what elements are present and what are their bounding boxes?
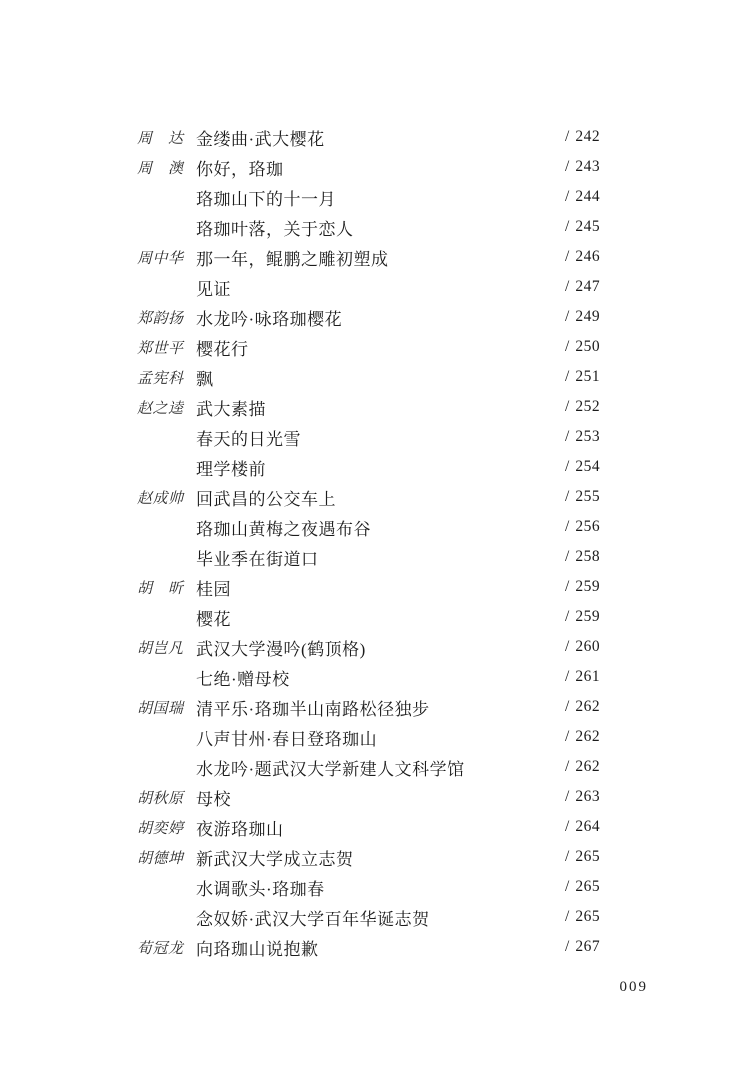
page-number-slash: / — [565, 338, 569, 356]
toc-page-number: /242 — [565, 128, 615, 146]
toc-entry-row: 胡奕婷 夜游珞珈山 /264 — [137, 812, 615, 842]
toc-page-number: /263 — [565, 788, 615, 806]
toc-entry-row: 八声甘州·春日登珞珈山 /262 — [137, 722, 615, 752]
toc-page-number: /259 — [565, 608, 615, 626]
toc-page-number: /258 — [565, 548, 615, 566]
toc-author-name: 孟宪科 — [137, 367, 184, 388]
toc-poem-title: 七绝·赠母校 — [196, 665, 565, 690]
page-number-slash: / — [565, 638, 569, 656]
toc-page-number: /264 — [565, 818, 615, 836]
page-number-value: 247 — [575, 278, 600, 296]
toc-poem-title: 水龙吟·咏珞珈樱花 — [196, 305, 565, 330]
toc-page-number: /265 — [565, 908, 615, 926]
toc-author-name: 胡德坤 — [137, 847, 184, 868]
book-page: 周 达 金缕曲·武大樱花 /242 周 澳 你好，珞珈 /243 珞珈山下的十一… — [0, 0, 750, 1084]
toc-page-number: /260 — [565, 638, 615, 656]
page-number-value: 253 — [575, 428, 600, 446]
page-number-value: 242 — [575, 128, 600, 146]
page-number-slash: / — [565, 398, 569, 416]
toc-author-name: 周 澳 — [137, 157, 184, 178]
toc-entry-row: 七绝·赠母校 /261 — [137, 662, 615, 692]
page-number-slash: / — [565, 578, 569, 596]
toc-entry-row: 念奴娇·武汉大学百年华诞志贺 /265 — [137, 902, 615, 932]
toc-page-number: /245 — [565, 218, 615, 236]
toc-poem-title: 夜游珞珈山 — [196, 815, 565, 840]
toc-author-name: 郑韵扬 — [137, 307, 184, 328]
toc-page-number: /247 — [565, 278, 615, 296]
toc-author-name: 荀冠龙 — [137, 937, 184, 958]
page-number-value: 262 — [575, 698, 600, 716]
page-number-slash: / — [565, 608, 569, 626]
toc-entry-row: 见证 /247 — [137, 272, 615, 302]
page-number-value: 256 — [575, 518, 600, 536]
page-number-value: 249 — [575, 308, 600, 326]
page-number-value: 260 — [575, 638, 600, 656]
toc-author-name: 胡 昕 — [137, 577, 184, 598]
toc-poem-title: 你好，珞珈 — [196, 155, 565, 180]
page-number-value: 258 — [575, 548, 600, 566]
toc-poem-title: 毕业季在街道口 — [196, 545, 565, 570]
toc-entry-row: 郑世平 樱花行 /250 — [137, 332, 615, 362]
toc-entry-row: 赵之逵 武大素描 /252 — [137, 392, 615, 422]
page-number-slash: / — [565, 758, 569, 776]
toc-poem-title: 樱花行 — [196, 335, 565, 360]
page-number-slash: / — [565, 308, 569, 326]
toc-entry-row: 胡德坤 新武汉大学成立志贺 /265 — [137, 842, 615, 872]
toc-entry-row: 周 澳 你好，珞珈 /243 — [137, 152, 615, 182]
toc-author-name: 赵成帅 — [137, 487, 184, 508]
toc-page-number: /262 — [565, 758, 615, 776]
page-number-slash: / — [565, 368, 569, 386]
toc-poem-title: 念奴娇·武汉大学百年华诞志贺 — [196, 905, 565, 930]
toc-page-number: /265 — [565, 848, 615, 866]
toc-author-name: 胡国瑞 — [137, 697, 184, 718]
page-number-value: 250 — [575, 338, 600, 356]
toc-entry-row: 珞珈叶落，关于恋人 /245 — [137, 212, 615, 242]
toc-page-number: /251 — [565, 368, 615, 386]
toc-list: 周 达 金缕曲·武大樱花 /242 周 澳 你好，珞珈 /243 珞珈山下的十一… — [137, 122, 615, 962]
page-number-value: 263 — [575, 788, 600, 806]
page-number-value: 265 — [575, 878, 600, 896]
page-number-value: 259 — [575, 608, 600, 626]
page-number-slash: / — [565, 518, 569, 536]
toc-entry-row: 珞珈山下的十一月 /244 — [137, 182, 615, 212]
page-number-value: 245 — [575, 218, 600, 236]
toc-page-number: /249 — [565, 308, 615, 326]
toc-entry-row: 赵成帅 回武昌的公交车上 /255 — [137, 482, 615, 512]
page-number-slash: / — [565, 788, 569, 806]
page-number-value: 264 — [575, 818, 600, 836]
toc-page-number: /261 — [565, 668, 615, 686]
toc-entry-row: 樱花 /259 — [137, 602, 615, 632]
toc-page-number: /262 — [565, 698, 615, 716]
toc-entry-row: 水调歌头·珞珈春 /265 — [137, 872, 615, 902]
page-number-value: 265 — [575, 908, 600, 926]
page-number-slash: / — [565, 728, 569, 746]
toc-entry-row: 理学楼前 /254 — [137, 452, 615, 482]
toc-entry-row: 郑韵扬 水龙吟·咏珞珈樱花 /249 — [137, 302, 615, 332]
toc-poem-title: 八声甘州·春日登珞珈山 — [196, 725, 565, 750]
toc-author-name: 周 达 — [137, 127, 184, 148]
toc-poem-title: 珞珈山黄梅之夜遇布谷 — [196, 515, 565, 540]
toc-poem-title: 武大素描 — [196, 395, 565, 420]
toc-entry-row: 水龙吟·题武汉大学新建人文科学馆 /262 — [137, 752, 615, 782]
page-number-slash: / — [565, 428, 569, 446]
toc-entry-row: 胡 昕 桂园 /259 — [137, 572, 615, 602]
page-number-slash: / — [565, 668, 569, 686]
toc-page-number: /250 — [565, 338, 615, 356]
toc-entry-row: 周 达 金缕曲·武大樱花 /242 — [137, 122, 615, 152]
page-number-value: 255 — [575, 488, 600, 506]
toc-page-number: /255 — [565, 488, 615, 506]
toc-page-number: /246 — [565, 248, 615, 266]
page-number-slash: / — [565, 908, 569, 926]
toc-poem-title: 水调歌头·珞珈春 — [196, 875, 565, 900]
toc-entry-row: 春天的日光雪 /253 — [137, 422, 615, 452]
toc-entry-row: 周中华 那一年，鲲鹏之雕初塑成 /246 — [137, 242, 615, 272]
page-number-value: 267 — [575, 938, 600, 956]
toc-author-name: 胡岂凡 — [137, 637, 184, 658]
toc-poem-title: 珞珈山下的十一月 — [196, 185, 565, 210]
toc-poem-title: 清平乐·珞珈半山南路松径独步 — [196, 695, 565, 720]
toc-page-number: /252 — [565, 398, 615, 416]
page-number-value: 261 — [575, 668, 600, 686]
toc-poem-title: 向珞珈山说抱歉 — [196, 935, 565, 960]
page-number-value: 262 — [575, 758, 600, 776]
page-number-value: 262 — [575, 728, 600, 746]
toc-poem-title: 金缕曲·武大樱花 — [196, 125, 565, 150]
toc-poem-title: 母校 — [196, 785, 565, 810]
page-number-slash: / — [565, 938, 569, 956]
page-number-value: 246 — [575, 248, 600, 266]
page-number-slash: / — [565, 218, 569, 236]
page-number-slash: / — [565, 848, 569, 866]
toc-poem-title: 新武汉大学成立志贺 — [196, 845, 565, 870]
page-number-slash: / — [565, 188, 569, 206]
page-number-value: 252 — [575, 398, 600, 416]
toc-poem-title: 见证 — [196, 275, 565, 300]
page-number-value: 259 — [575, 578, 600, 596]
toc-page-number: /244 — [565, 188, 615, 206]
page-number-value: 254 — [575, 458, 600, 476]
toc-poem-title: 武汉大学漫吟(鹤顶格) — [196, 635, 565, 660]
page-number-slash: / — [565, 158, 569, 176]
page-number-slash: / — [565, 458, 569, 476]
toc-author-name: 胡奕婷 — [137, 817, 184, 838]
page-number-slash: / — [565, 128, 569, 146]
toc-page-number: /254 — [565, 458, 615, 476]
toc-entry-row: 胡秋原 母校 /263 — [137, 782, 615, 812]
page-number-value: 243 — [575, 158, 600, 176]
page-folio-number: 009 — [620, 979, 649, 996]
page-number-slash: / — [565, 248, 569, 266]
toc-entry-row: 孟宪科 飘 /251 — [137, 362, 615, 392]
page-number-slash: / — [565, 548, 569, 566]
toc-poem-title: 桂园 — [196, 575, 565, 600]
page-number-slash: / — [565, 878, 569, 896]
toc-poem-title: 珞珈叶落，关于恋人 — [196, 215, 565, 240]
toc-author-name: 周中华 — [137, 247, 184, 268]
page-number-value: 244 — [575, 188, 600, 206]
toc-poem-title: 飘 — [196, 365, 565, 390]
toc-entry-row: 胡国瑞 清平乐·珞珈半山南路松径独步 /262 — [137, 692, 615, 722]
toc-poem-title: 水龙吟·题武汉大学新建人文科学馆 — [196, 755, 565, 780]
toc-poem-title: 那一年，鲲鹏之雕初塑成 — [196, 245, 565, 270]
toc-page-number: /256 — [565, 518, 615, 536]
page-number-slash: / — [565, 278, 569, 296]
toc-poem-title: 春天的日光雪 — [196, 425, 565, 450]
page-number-slash: / — [565, 698, 569, 716]
toc-entry-row: 荀冠龙 向珞珈山说抱歉 /267 — [137, 932, 615, 962]
page-number-slash: / — [565, 818, 569, 836]
page-number-value: 265 — [575, 848, 600, 866]
page-number-slash: / — [565, 488, 569, 506]
toc-poem-title: 理学楼前 — [196, 455, 565, 480]
toc-page-number: /267 — [565, 938, 615, 956]
toc-entry-row: 胡岂凡 武汉大学漫吟(鹤顶格) /260 — [137, 632, 615, 662]
toc-entry-row: 毕业季在街道口 /258 — [137, 542, 615, 572]
toc-entry-row: 珞珈山黄梅之夜遇布谷 /256 — [137, 512, 615, 542]
page-number-value: 251 — [575, 368, 600, 386]
toc-poem-title: 樱花 — [196, 605, 565, 630]
toc-page-number: /243 — [565, 158, 615, 176]
toc-page-number: /262 — [565, 728, 615, 746]
toc-author-name: 郑世平 — [137, 337, 184, 358]
toc-author-name: 赵之逵 — [137, 397, 184, 418]
toc-page-number: /265 — [565, 878, 615, 896]
toc-page-number: /259 — [565, 578, 615, 596]
toc-author-name: 胡秋原 — [137, 787, 184, 808]
toc-page-number: /253 — [565, 428, 615, 446]
toc-poem-title: 回武昌的公交车上 — [196, 485, 565, 510]
